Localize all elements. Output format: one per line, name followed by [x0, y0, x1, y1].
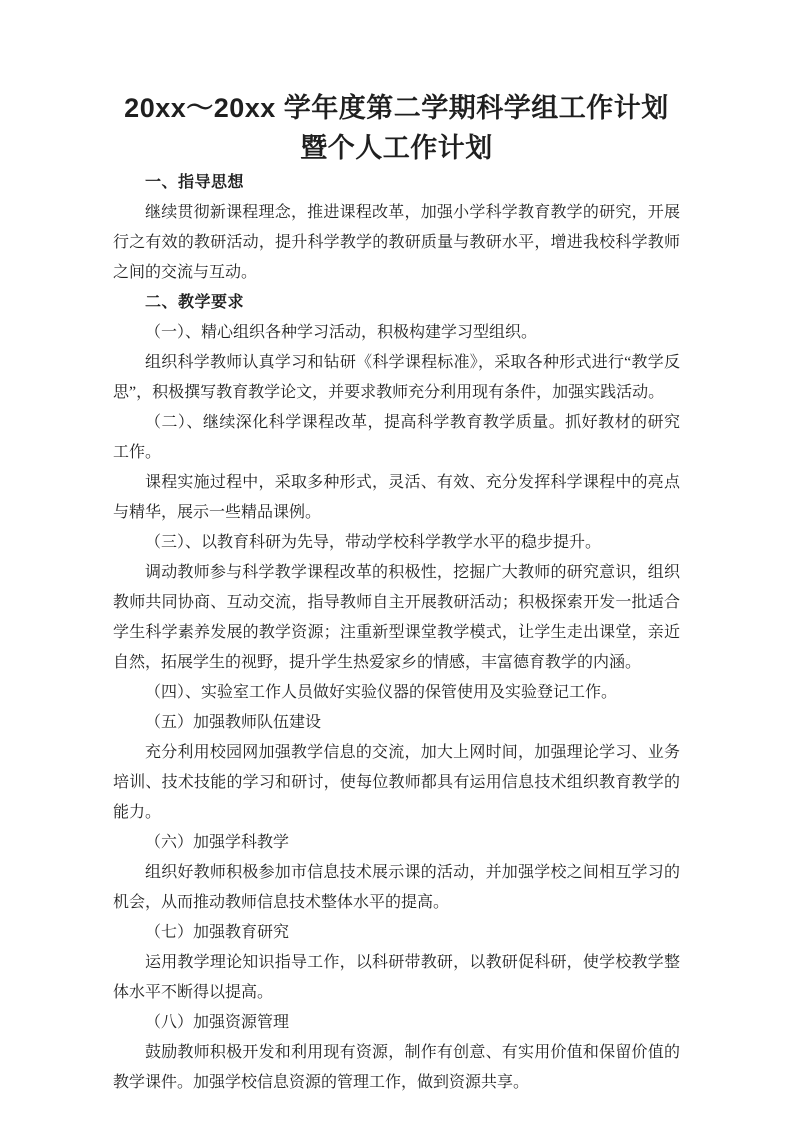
heading-teaching-requirements: 二、教学要求	[113, 288, 680, 318]
para-item-7: （七）加强教育研究	[113, 918, 680, 948]
para-item-6-detail: 组织好教师积极参加市信息技术展示课的活动，并加强学校之间相互学习的机会，从而推动…	[113, 858, 680, 918]
para-item-3-detail: 调动教师参与科学教学课程改革的积极性，挖掘广大教师的研究意识，组织教师共同协商、…	[113, 558, 680, 678]
para-item-5-detail: 充分利用校园网加强教学信息的交流，加大上网时间，加强理论学习、业务培训、技术技能…	[113, 738, 680, 828]
para-item-3: （三）、以教育科研为先导，带动学校科学教学水平的稳步提升。	[113, 528, 680, 558]
document-body: 一、指导思想继续贯彻新课程理念，推进课程改革，加强小学科学教育教学的研究，开展行…	[113, 168, 680, 1098]
para-item-1: （一）、精心组织各种学习活动，积极构建学习型组织。	[113, 318, 680, 348]
para-guiding-ideology: 继续贯彻新课程理念，推进课程改革，加强小学科学教育教学的研究，开展行之有效的教研…	[113, 198, 680, 288]
para-item-8-detail: 鼓励教师积极开发和利用现有资源，制作有创意、有实用价值和保留价值的教学课件。加强…	[113, 1038, 680, 1098]
para-item-2: （二）、继续深化科学课程改革，提高科学教育教学质量。抓好教材的研究工作。	[113, 408, 680, 468]
para-item-6: （六）加强学科教学	[113, 828, 680, 858]
document-title: 20xx～20xx 学年度第二学期科学组工作计划暨个人工作计划	[113, 88, 680, 168]
heading-guiding-ideology: 一、指导思想	[113, 168, 680, 198]
para-item-8: （八）加强资源管理	[113, 1008, 680, 1038]
para-item-2-detail: 课程实施过程中，采取多种形式，灵活、有效、充分发挥科学课程中的亮点与精华，展示一…	[113, 468, 680, 528]
para-item-4: （四）、实验室工作人员做好实验仪器的保管使用及实验登记工作。	[113, 678, 680, 708]
para-item-5: （五）加强教师队伍建设	[113, 708, 680, 738]
para-item-1-detail: 组织科学教师认真学习和钻研《科学课程标准》，采取各种形式进行“教学反思”，积极撰…	[113, 348, 680, 408]
para-item-7-detail: 运用教学理论知识指导工作，以科研带教研，以教研促科研，使学校教学整体水平不断得以…	[113, 948, 680, 1008]
document-page: 20xx～20xx 学年度第二学期科学组工作计划暨个人工作计划 一、指导思想继续…	[0, 0, 793, 1122]
